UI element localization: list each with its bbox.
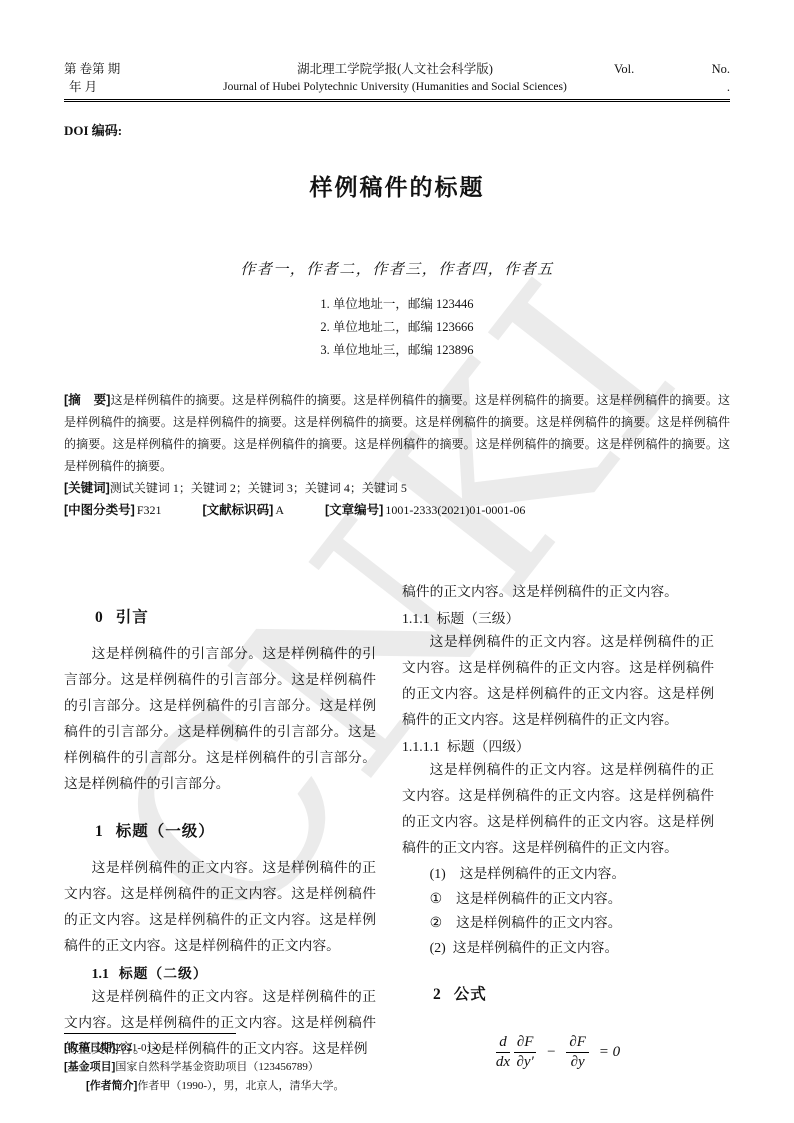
author-bio-value: 作者甲（1990-），男，北京人，清华大学。 <box>137 1080 344 1092</box>
issue-line: 第 卷第 期 <box>64 60 176 78</box>
keywords-text: 测试关键词 1；关键词 2；关键词 3；关键词 4；关键词 5 <box>110 481 407 495</box>
running-head-left: 第 卷第 期 年 月 <box>64 60 176 96</box>
list-text: 这是样例稿件的正文内容。 <box>460 866 626 881</box>
date-line: 年 月 <box>64 78 176 96</box>
list-marker: ① <box>430 891 442 906</box>
denominator: dx <box>496 1053 510 1071</box>
affiliation-item: 1. 单位地址一，邮编 123446 <box>64 293 730 316</box>
vol-no-line: Vol. No. <box>614 60 730 78</box>
section-heading-1-1-1: 1.1.1标题（三级） <box>402 607 714 627</box>
list-item: (2)这是样例稿件的正文内容。 <box>402 936 714 961</box>
right-column: 稿件的正文内容。这是样例稿件的正文内容。 1.1.1标题（三级） 这是样例稿件的… <box>402 579 714 1096</box>
section-title: 标题（一级） <box>116 823 215 840</box>
section-number: 1.1.1 <box>402 611 430 626</box>
header-double-rule <box>64 99 730 102</box>
abstract-block: [摘 要]这是样例稿件的摘要。这是样例稿件的摘要。这是样例稿件的摘要。这是样例稿… <box>64 389 730 477</box>
authors-line: 作者一，作者二，作者三，作者四，作者五 <box>64 258 730 279</box>
list-text: 这是样例稿件的正文内容。 <box>456 891 622 906</box>
section-1-1-1-paragraph: 这是样例稿件的正文内容。这是样例稿件的正文内容。这是样例稿件的正文内容。这是样例… <box>402 629 714 733</box>
section-title: 标题（二级） <box>119 966 208 981</box>
section-title: 公式 <box>454 986 487 1003</box>
section-number: 0 <box>95 609 103 626</box>
section-number: 1.1 <box>92 966 109 981</box>
author-bio-line: [作者简介]作者甲（1990-），男，北京人，清华大学。 <box>64 1077 376 1096</box>
affiliation-item: 3. 单位地址三，邮编 123896 <box>64 339 730 362</box>
section-heading-2: 2公式 <box>402 982 714 1004</box>
clc-pair: [中图分类号]F321 <box>64 503 162 517</box>
section-heading-0: 0引言 <box>64 605 376 627</box>
keywords-block: [关键词]测试关键词 1；关键词 2；关键词 3；关键词 4；关键词 5 <box>64 477 730 499</box>
running-head-right: Vol. No. . <box>614 60 730 96</box>
article-title: 样例稿件的标题 <box>64 169 730 202</box>
clc-label: [中图分类号] <box>64 503 135 517</box>
fraction: ddx <box>496 1034 510 1072</box>
no-label: No. <box>712 60 730 78</box>
keywords-label: [关键词] <box>64 481 110 495</box>
equation-rhs: = 0 <box>599 1044 620 1060</box>
euler-lagrange-equation: ddx ∂F∂y′ − ∂F∂y = 0 <box>402 1034 714 1072</box>
section-title: 引言 <box>116 609 149 626</box>
numerator: ∂F <box>514 1034 537 1053</box>
received-date-label: [收稿日期] <box>64 1042 115 1054</box>
doc-code-pair: [文献标识码]A <box>203 503 285 517</box>
two-column-body: 0引言 这是样例稿件的引言部分。这是样例稿件的引言部分。这是样例稿件的引言部分。… <box>64 579 730 1096</box>
journal-article-page: CNKI 第 卷第 期 年 月 湖北理工学院学报(人文社会科学版) Journa… <box>0 0 794 1123</box>
affiliations-block: 1. 单位地址一，邮编 123446 2. 单位地址二，邮编 123666 3.… <box>64 293 730 362</box>
abstract-text: 这是样例稿件的摘要。这是样例稿件的摘要。这是样例稿件的摘要。这是样例稿件的摘要。… <box>64 393 730 473</box>
intro-paragraph: 这是样例稿件的引言部分。这是样例稿件的引言部分。这是样例稿件的引言部分。这是样例… <box>64 641 376 797</box>
classification-line: [中图分类号]F321 [文献标识码]A [文章编号]1001-2333(202… <box>64 499 730 521</box>
clc-value: F321 <box>137 503 162 517</box>
list-text: 这是样例稿件的正文内容。 <box>453 940 619 955</box>
list-text: 这是样例稿件的正文内容。 <box>456 915 622 930</box>
received-date-line: [收稿日期]2021-01-01 <box>64 1039 376 1058</box>
page-content: 第 卷第 期 年 月 湖北理工学院学报(人文社会科学版) Journal of … <box>0 0 794 1096</box>
section-title: 标题（四级） <box>447 739 530 754</box>
article-id-value: 1001-2333(2021)01-0001-06 <box>385 503 525 517</box>
doi-line: DOI 编码: <box>64 120 730 139</box>
fund-value: 国家自然科学基金资助项目（123456789） <box>115 1061 319 1073</box>
section-1-1-paragraph-right: 稿件的正文内容。这是样例稿件的正文内容。 <box>402 579 714 605</box>
received-date-value: 2021-01-01 <box>115 1042 166 1054</box>
fraction: ∂F∂y <box>566 1034 589 1072</box>
section-number: 1.1.1.1 <box>402 739 440 754</box>
journal-title-cn: 湖北理工学院学报(人文社会科学版) <box>176 60 614 78</box>
running-head: 第 卷第 期 年 月 湖北理工学院学报(人文社会科学版) Journal of … <box>64 60 730 96</box>
list-marker: ② <box>430 915 442 930</box>
section-heading-1-1: 1.1标题（二级） <box>64 962 376 982</box>
vol-label: Vol. <box>614 60 634 78</box>
section-heading-1: 1标题（一级） <box>64 819 376 841</box>
section-title: 标题（三级） <box>437 611 520 626</box>
section-heading-1-1-1-1: 1.1.1.1标题（四级） <box>402 735 714 755</box>
section-1-1-1-1-paragraph: 这是样例稿件的正文内容。这是样例稿件的正文内容。这是样例稿件的正文内容。这是样例… <box>402 757 714 861</box>
article-id-label: [文章编号] <box>325 503 383 517</box>
footnote-rule <box>64 1033 236 1034</box>
doc-code-value: A <box>275 503 284 517</box>
list-marker: (1) <box>430 866 446 881</box>
section-number: 1 <box>95 823 103 840</box>
running-head-center: 湖北理工学院学报(人文社会科学版) Journal of Hubei Polyt… <box>176 60 614 96</box>
fraction: ∂F∂y′ <box>514 1034 537 1072</box>
left-column: 0引言 这是样例稿件的引言部分。这是样例稿件的引言部分。这是样例稿件的引言部分。… <box>64 579 376 1096</box>
author-bio-label: [作者简介] <box>86 1080 137 1092</box>
fund-label: [基金项目] <box>64 1061 115 1073</box>
doc-code-label: [文献标识码] <box>203 503 274 517</box>
numerator: d <box>496 1034 510 1053</box>
article-id-pair: [文章编号]1001-2333(2021)01-0001-06 <box>325 503 525 517</box>
header-dot: . <box>614 78 730 96</box>
footnote-block: [收稿日期]2021-01-01 [基金项目]国家自然科学基金资助项目（1234… <box>64 1033 376 1096</box>
list-item: ②这是样例稿件的正文内容。 <box>402 911 714 936</box>
numbered-list: (1)这是样例稿件的正文内容。 ①这是样例稿件的正文内容。 ②这是样例稿件的正文… <box>402 862 714 960</box>
list-item: ①这是样例稿件的正文内容。 <box>402 887 714 912</box>
denominator: ∂y′ <box>514 1053 537 1071</box>
section-number: 2 <box>433 986 441 1003</box>
list-item: (1)这是样例稿件的正文内容。 <box>402 862 714 887</box>
journal-title-en: Journal of Hubei Polytechnic University … <box>176 78 614 96</box>
numerator: ∂F <box>566 1034 589 1053</box>
section-1-paragraph: 这是样例稿件的正文内容。这是样例稿件的正文内容。这是样例稿件的正文内容。这是样例… <box>64 855 376 959</box>
abstract-label: [摘 要] <box>64 393 110 407</box>
minus-operator: − <box>547 1044 555 1060</box>
affiliation-item: 2. 单位地址二，邮编 123666 <box>64 316 730 339</box>
fund-line: [基金项目]国家自然科学基金资助项目（123456789） <box>64 1058 376 1077</box>
list-marker: (2) <box>430 940 446 955</box>
denominator: ∂y <box>566 1053 589 1071</box>
